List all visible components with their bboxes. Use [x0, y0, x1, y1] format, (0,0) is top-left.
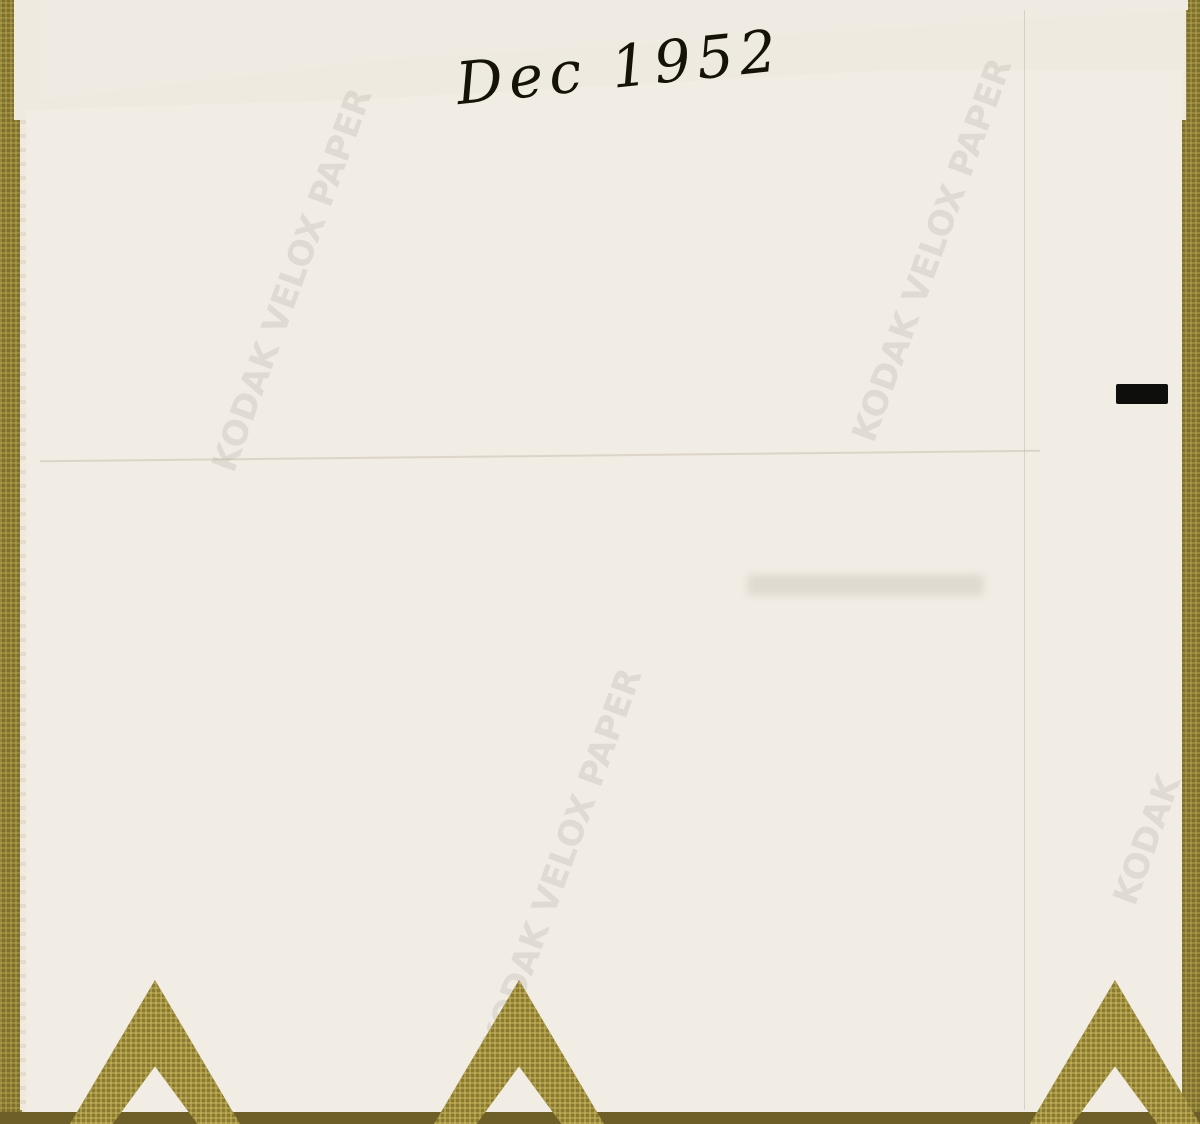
smudge — [748, 575, 983, 595]
ink-mark — [1116, 384, 1168, 404]
scalloped-edge — [20, 110, 26, 1110]
paper-fold-line — [1024, 10, 1025, 1110]
photo-back — [22, 70, 1182, 1124]
